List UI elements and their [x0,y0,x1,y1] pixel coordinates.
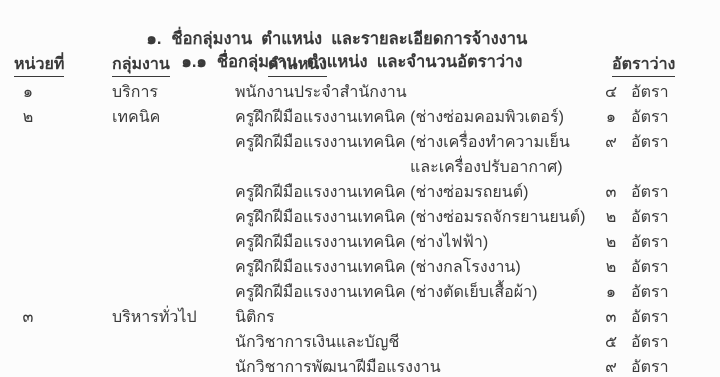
table-row: ๑ บริการ พนักงานประจำสำนักงาน ๔อัตรา [0,80,720,105]
vacancy-unit-label: อัตรา [631,284,669,301]
position-name: ครูฝึกฝีมือแรงงานเทคนิค (ช่างซ่อมรถจักรย… [235,205,585,230]
vacancy-count: ๑ [597,105,625,130]
vacancy-unit-label: อัตรา [631,209,669,226]
vacancy-unit-label: อัตรา [631,259,669,276]
vacancy-count: ๙ [597,130,625,155]
vacancy-count: ๓ [597,180,625,205]
table-row: ครูฝึกฝีมือแรงงานเทคนิค (ช่างซ่อมรถยนต์)… [0,180,720,205]
position-name: นักวิชาการพัฒนาฝีมือแรงงาน [235,355,441,377]
table-row: และเครื่องปรับอากาศ) [0,155,720,180]
vacancy-cell: ๙อัตรา [597,355,669,377]
unit-number: ๑ [0,80,56,105]
vacancy-count: ๒ [597,255,625,280]
position-name: นิติกร [235,305,275,330]
group-name: บริการ [112,80,158,105]
position-name: ครูฝึกฝีมือแรงงานเทคนิค (ช่างซ่อมรถยนต์) [235,180,528,205]
table-row: ครูฝึกฝีมือแรงงานเทคนิค (ช่างเครื่องทำคว… [0,130,720,155]
unit-number: ๒ [0,105,56,130]
vacancy-count: ๒ [597,205,625,230]
vacancy-cell: ๑อัตรา [597,105,669,130]
column-header-vacancy: อัตราว่าง [612,54,675,77]
vacancy-unit-label: อัตรา [631,134,669,151]
vacancy-count: ๑ [597,280,625,305]
table-row: ๒ เทคนิค ครูฝึกฝีมือแรงงานเทคนิค (ช่างซ่… [0,105,720,130]
vacancy-count: ๙ [597,355,625,377]
document-page: ๑.ชื่อกลุ่มงาน ตำแหน่ง และรายละเอียดการจ… [0,0,720,377]
vacancy-cell: ๓อัตรา [597,305,669,330]
table-row: ๓ บริหารทั่วไป นิติกร ๓อัตรา [0,305,720,330]
position-name: ครูฝึกฝีมือแรงงานเทคนิค (ช่างตัดเย็บเสื้… [235,280,537,305]
vacancy-unit-label: อัตรา [631,184,669,201]
vacancy-count: ๕ [597,330,625,355]
position-name: ครูฝึกฝีมือแรงงานเทคนิค (ช่างเครื่องทำคว… [235,130,570,155]
vacancy-unit-label: อัตรา [631,84,669,101]
table-row: ครูฝึกฝีมือแรงงานเทคนิค (ช่างกลโรงงาน) ๒… [0,255,720,280]
group-name: เทคนิค [112,105,160,130]
position-name: นักวิชาการเงินและบัญชี [235,330,399,355]
vacancy-cell: ๒อัตรา [597,230,669,255]
vacancy-cell: ๒อัตรา [597,205,669,230]
vacancy-cell: ๕อัตรา [597,330,669,355]
column-header-group: กลุ่มงาน [112,54,170,77]
section-number: ๑. [146,30,161,48]
vacancy-count: ๔ [597,80,625,105]
column-header-position: ตำแหน่ง [268,54,327,77]
vacancy-cell: ๙อัตรา [597,130,669,155]
vacancy-cell: ๓อัตรา [597,180,669,205]
position-name: และเครื่องปรับอากาศ) [410,155,563,180]
table-row: ครูฝึกฝีมือแรงงานเทคนิค (ช่างซ่อมรถจักรย… [0,205,720,230]
vacancy-unit-label: อัตรา [631,359,669,376]
table-row: นักวิชาการพัฒนาฝีมือแรงงาน ๙อัตรา [0,355,720,377]
position-name: ครูฝึกฝีมือแรงงานเทคนิค (ช่างกลโรงงาน) [235,255,521,280]
vacancy-unit-label: อัตรา [631,309,669,326]
table-row: ครูฝึกฝีมือแรงงานเทคนิค (ช่างตัดเย็บเสื้… [0,280,720,305]
table-row: ครูฝึกฝีมือแรงงานเทคนิค (ช่างไฟฟ้า) ๒อัต… [0,230,720,255]
vacancy-cell: ๑อัตรา [597,280,669,305]
vacancy-unit-label: อัตรา [631,234,669,251]
vacancy-unit-label: อัตรา [631,334,669,351]
vacancy-unit-label: อัตรา [631,109,669,126]
unit-number: ๓ [0,305,56,330]
position-name: พนักงานประจำสำนักงาน [235,80,407,105]
vacancy-count: ๒ [597,230,625,255]
table-header-row: หน่วยที่ กลุ่มงาน ตำแหน่ง อัตราว่าง [0,54,720,79]
column-header-unit: หน่วยที่ [14,54,64,77]
table-row: นักวิชาการเงินและบัญชี ๕อัตรา [0,330,720,355]
vacancy-cell: ๔อัตรา [597,80,669,105]
vacancy-count: ๓ [597,305,625,330]
position-name: ครูฝึกฝีมือแรงงานเทคนิค (ช่างไฟฟ้า) [235,230,488,255]
vacancy-cell: ๒อัตรา [597,255,669,280]
group-name: บริหารทั่วไป [112,305,197,330]
position-name: ครูฝึกฝีมือแรงงานเทคนิค (ช่างซ่อมคอมพิวเ… [235,105,564,130]
table-body: ๑ บริการ พนักงานประจำสำนักงาน ๔อัตรา ๒ เ… [0,80,720,377]
